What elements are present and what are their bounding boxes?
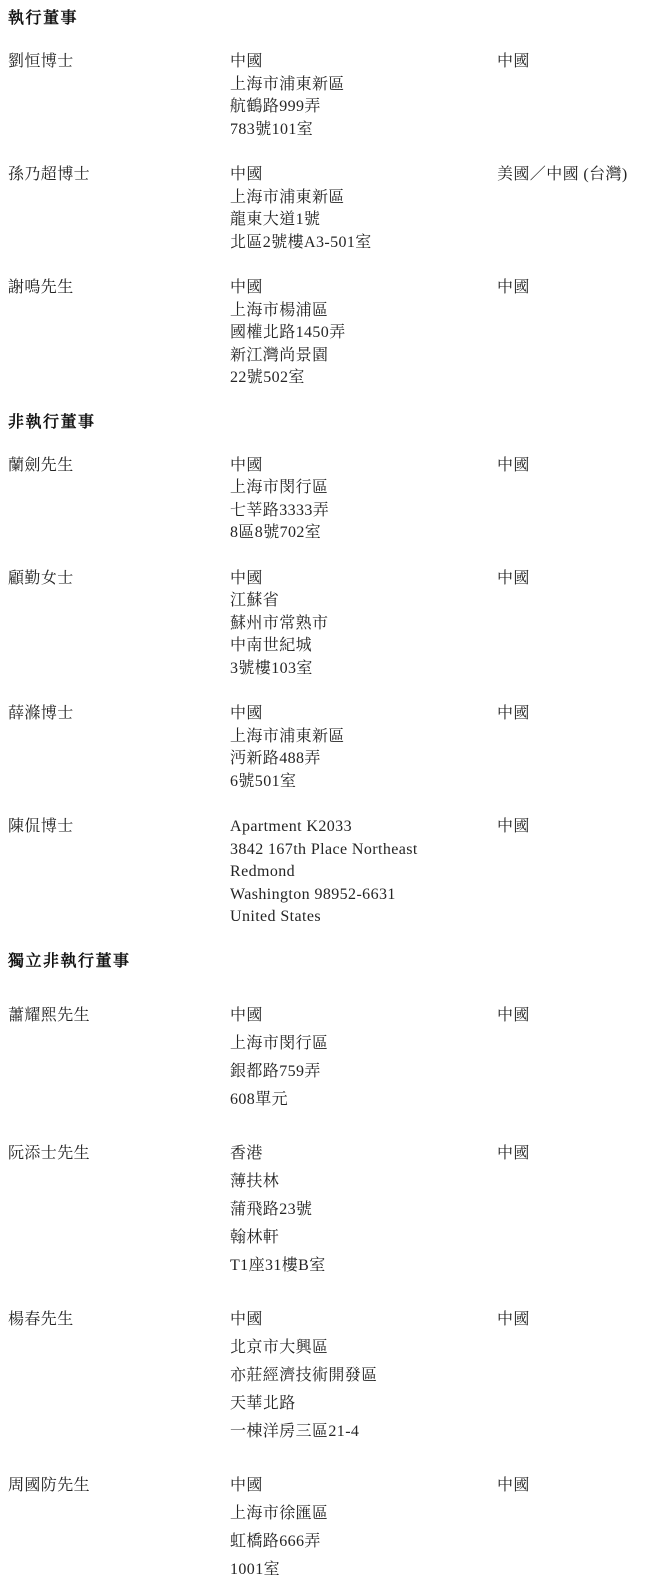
directors-page: 執行董事 劉恒博士 中國上海市浦東新區航鶴路999弄783號101室 中國 孫乃… (0, 0, 660, 1577)
director-section: 非執行董事 蘭劍先生 中國上海市閔行區七莘路3333弄8區8號702室 中國 顧… (8, 413, 650, 929)
director-section: 執行董事 劉恒博士 中國上海市浦東新區航鶴路999弄783號101室 中國 孫乃… (8, 9, 650, 390)
director-address: 中國北京市大興區亦莊經濟技術開發區天華北路一棟洋房三區21-4 (230, 1306, 497, 1446)
director-row: 孫乃超博士 中國上海市浦東新區龍東大道1號北區2號樓A3-501室 美國／中國 … (8, 164, 650, 254)
director-address: 香港薄扶林蒲飛路23號翰林軒T1座31樓B室 (230, 1140, 497, 1280)
address-line: 608單元 (230, 1086, 497, 1114)
address-line: 中南世紀城 (230, 635, 497, 658)
director-name: 孫乃超博士 (8, 164, 230, 187)
section-rows: 蕭耀熙先生 中國上海市閔行區銀都路759弄608單元 中國 阮添士先生 香港薄扶… (8, 1002, 650, 1577)
director-row: 阮添士先生 香港薄扶林蒲飛路23號翰林軒T1座31樓B室 中國 (8, 1140, 650, 1280)
director-address: 中國上海市閔行區七莘路3333弄8區8號702室 (230, 455, 497, 545)
director-name: 陳侃博士 (8, 816, 230, 839)
address-line: 上海市浦東新區 (230, 187, 497, 210)
address-line: 中國 (230, 1472, 497, 1500)
address-line: 中國 (230, 1002, 497, 1030)
director-section: 獨立非執行董事 蕭耀熙先生 中國上海市閔行區銀都路759弄608單元 中國 阮添… (8, 952, 650, 1577)
director-address: Apartment K20333842 167th Place Northeas… (230, 816, 497, 929)
director-nationality: 中國 (497, 277, 650, 300)
section-title: 獨立非執行董事 (8, 952, 650, 972)
address-line: 亦莊經濟技術開發區 (230, 1362, 497, 1390)
director-address: 中國江蘇省蘇州市常熟市中南世紀城3號樓103室 (230, 568, 497, 681)
address-line: United States (230, 906, 497, 929)
address-line: 航鶴路999弄 (230, 96, 497, 119)
address-line: 22號502室 (230, 367, 497, 390)
director-row: 顧勤女士 中國江蘇省蘇州市常熟市中南世紀城3號樓103室 中國 (8, 568, 650, 681)
director-nationality: 中國 (497, 568, 650, 591)
director-address: 中國上海市楊浦區國權北路1450弄新江灣尚景園22號502室 (230, 277, 497, 390)
address-line: 翰林軒 (230, 1224, 497, 1252)
director-name: 周國防先生 (8, 1472, 230, 1500)
address-line: 上海市浦東新區 (230, 726, 497, 749)
director-row: 楊春先生 中國北京市大興區亦莊經濟技術開發區天華北路一棟洋房三區21-4 中國 (8, 1306, 650, 1446)
address-line: 新江灣尚景園 (230, 345, 497, 368)
director-row: 蕭耀熙先生 中國上海市閔行區銀都路759弄608單元 中國 (8, 1002, 650, 1114)
address-line: 1001室 (230, 1556, 497, 1577)
address-line: 銀都路759弄 (230, 1058, 497, 1086)
address-line: 中國 (230, 1306, 497, 1334)
address-line: 虹橋路666弄 (230, 1528, 497, 1556)
director-name: 顧勤女士 (8, 568, 230, 591)
address-line: 北區2號樓A3-501室 (230, 232, 497, 255)
director-row: 陳侃博士 Apartment K20333842 167th Place Nor… (8, 816, 650, 929)
section-rows: 蘭劍先生 中國上海市閔行區七莘路3333弄8區8號702室 中國 顧勤女士 中國… (8, 455, 650, 929)
director-name: 謝鳴先生 (8, 277, 230, 300)
address-line: 中國 (230, 703, 497, 726)
address-line: 783號101室 (230, 119, 497, 142)
director-nationality: 中國 (497, 1140, 650, 1168)
director-name: 楊春先生 (8, 1306, 230, 1334)
address-line: 天華北路 (230, 1390, 497, 1418)
director-address: 中國上海市閔行區銀都路759弄608單元 (230, 1002, 497, 1114)
address-line: Apartment K2033 (230, 816, 497, 839)
section-rows: 劉恒博士 中國上海市浦東新區航鶴路999弄783號101室 中國 孫乃超博士 中… (8, 51, 650, 390)
address-line: 上海市閔行區 (230, 477, 497, 500)
address-line: 3842 167th Place Northeast (230, 839, 497, 862)
director-nationality: 中國 (497, 1306, 650, 1334)
address-line: T1座31樓B室 (230, 1252, 497, 1280)
director-address: 中國上海市浦東新區龍東大道1號北區2號樓A3-501室 (230, 164, 497, 254)
address-line: 3號樓103室 (230, 658, 497, 681)
director-nationality: 中國 (497, 703, 650, 726)
address-line: 北京市大興區 (230, 1334, 497, 1362)
address-line: 上海市浦東新區 (230, 74, 497, 97)
address-line: Washington 98952-6631 (230, 884, 497, 907)
address-line: 中國 (230, 568, 497, 591)
address-line: 龍東大道1號 (230, 209, 497, 232)
director-name: 阮添士先生 (8, 1140, 230, 1168)
address-line: 中國 (230, 164, 497, 187)
director-row: 周國防先生 中國上海市徐匯區虹橋路666弄1001室 中國 (8, 1472, 650, 1577)
address-line: 上海市楊浦區 (230, 300, 497, 323)
director-nationality: 中國 (497, 455, 650, 478)
director-nationality: 中國 (497, 1472, 650, 1500)
address-line: 蘇州市常熟市 (230, 613, 497, 636)
address-line: 江蘇省 (230, 590, 497, 613)
address-line: 8區8號702室 (230, 522, 497, 545)
address-line: 中國 (230, 51, 497, 74)
address-line: 七莘路3333弄 (230, 500, 497, 523)
director-address: 中國上海市浦東新區航鶴路999弄783號101室 (230, 51, 497, 141)
director-row: 謝鳴先生 中國上海市楊浦區國權北路1450弄新江灣尚景園22號502室 中國 (8, 277, 650, 390)
director-row: 薛滌博士 中國上海市浦東新區沔新路488弄6號501室 中國 (8, 703, 650, 793)
address-line: 上海市徐匯區 (230, 1500, 497, 1528)
section-title: 非執行董事 (8, 413, 650, 433)
director-name: 蘭劍先生 (8, 455, 230, 478)
director-address: 中國上海市徐匯區虹橋路666弄1001室 (230, 1472, 497, 1577)
director-row: 劉恒博士 中國上海市浦東新區航鶴路999弄783號101室 中國 (8, 51, 650, 141)
address-line: 國權北路1450弄 (230, 322, 497, 345)
address-line: 上海市閔行區 (230, 1030, 497, 1058)
address-line: 蒲飛路23號 (230, 1196, 497, 1224)
address-line: 中國 (230, 455, 497, 478)
director-row: 蘭劍先生 中國上海市閔行區七莘路3333弄8區8號702室 中國 (8, 455, 650, 545)
address-line: Redmond (230, 861, 497, 884)
address-line: 中國 (230, 277, 497, 300)
section-title: 執行董事 (8, 9, 650, 29)
director-name: 劉恒博士 (8, 51, 230, 74)
address-line: 薄扶林 (230, 1168, 497, 1196)
director-name: 蕭耀熙先生 (8, 1002, 230, 1030)
director-name: 薛滌博士 (8, 703, 230, 726)
director-address: 中國上海市浦東新區沔新路488弄6號501室 (230, 703, 497, 793)
address-line: 6號501室 (230, 771, 497, 794)
address-line: 一棟洋房三區21-4 (230, 1418, 497, 1446)
director-nationality: 中國 (497, 51, 650, 74)
address-line: 香港 (230, 1140, 497, 1168)
director-nationality: 中國 (497, 1002, 650, 1030)
director-nationality: 美國／中國 (台灣) (497, 164, 650, 187)
director-nationality: 中國 (497, 816, 650, 839)
address-line: 沔新路488弄 (230, 748, 497, 771)
